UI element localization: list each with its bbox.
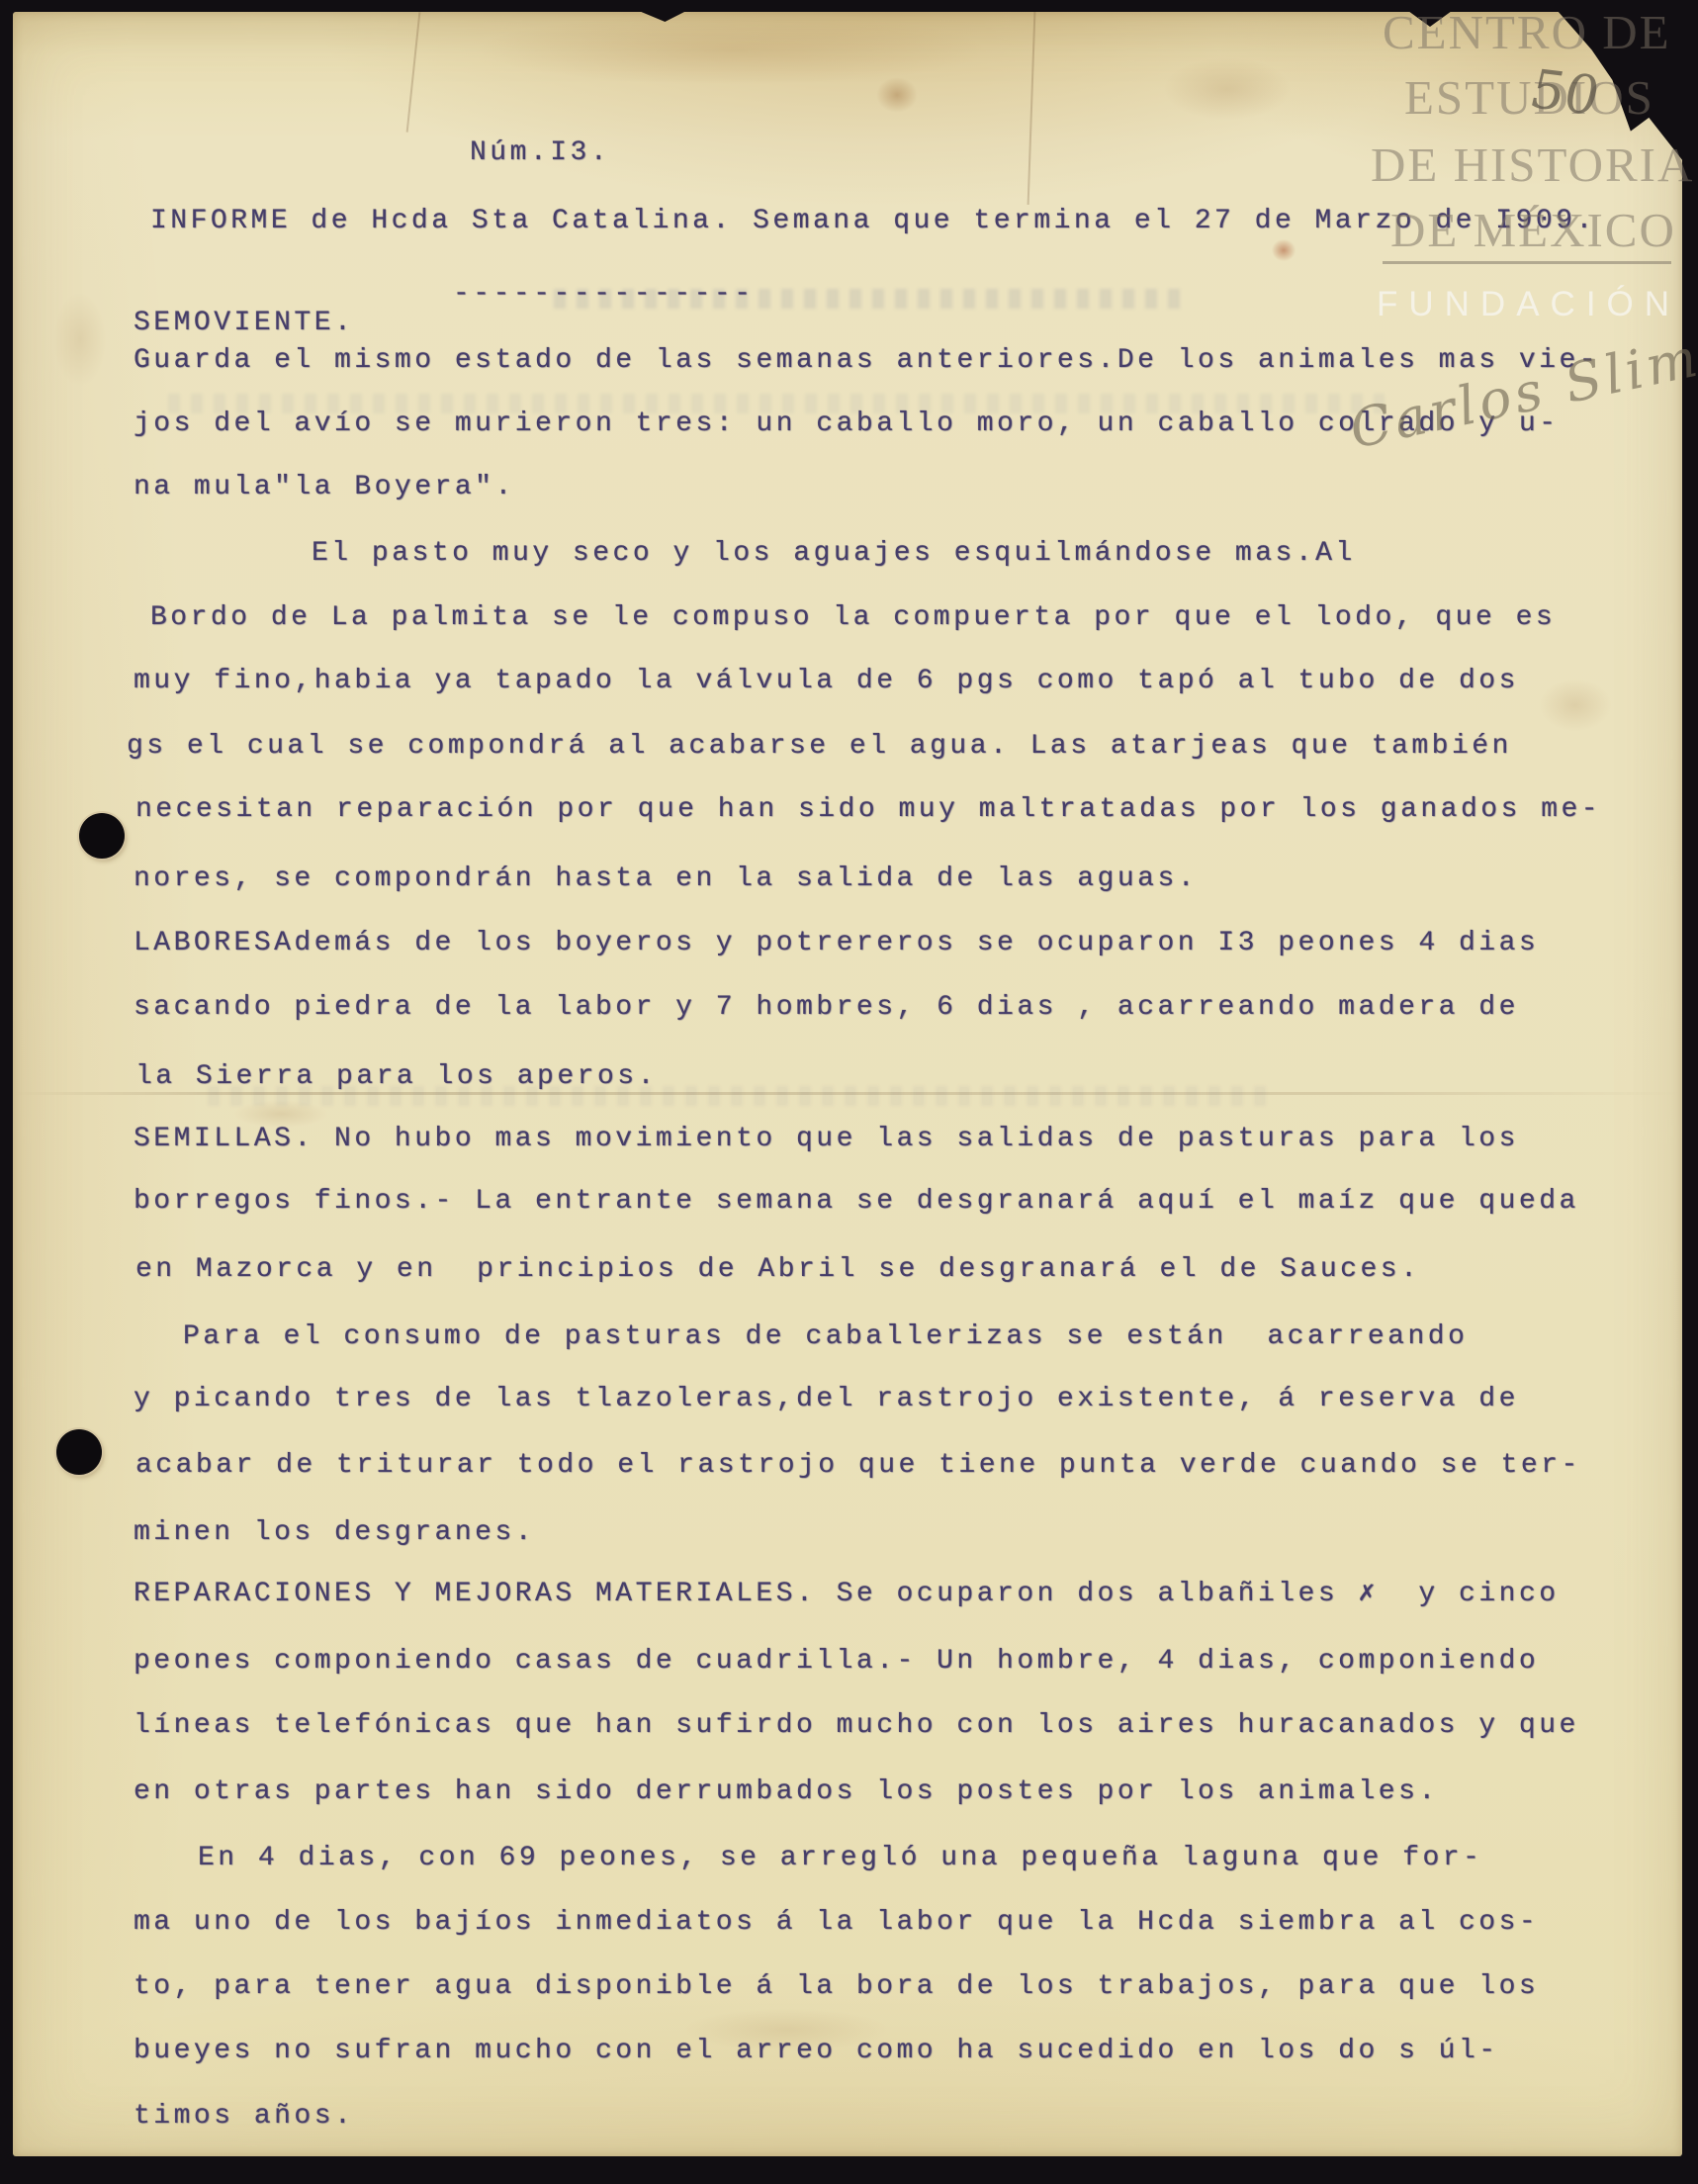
watermark-centro-de: CENTRO DE [1383, 4, 1671, 60]
watermark-de-mexico: DE MÉXICO [1390, 202, 1676, 258]
watermark-rule [1383, 261, 1671, 264]
watermark-signature: Carlos Slim [1344, 325, 1698, 461]
watermark-fundacion: FUNDACIÓN [1377, 285, 1680, 324]
watermark-de-historia: DE HISTORIA [1371, 136, 1694, 193]
pencil-archive-number: 50 [1524, 57, 1605, 127]
archive-watermark-layer: CENTRO DE ESTUDIOS DE HISTORIA DE MÉXICO… [0, 0, 1698, 2184]
scanned-document-page: { "watermark": { "line1": "CENTRO DE", "… [0, 0, 1698, 2184]
